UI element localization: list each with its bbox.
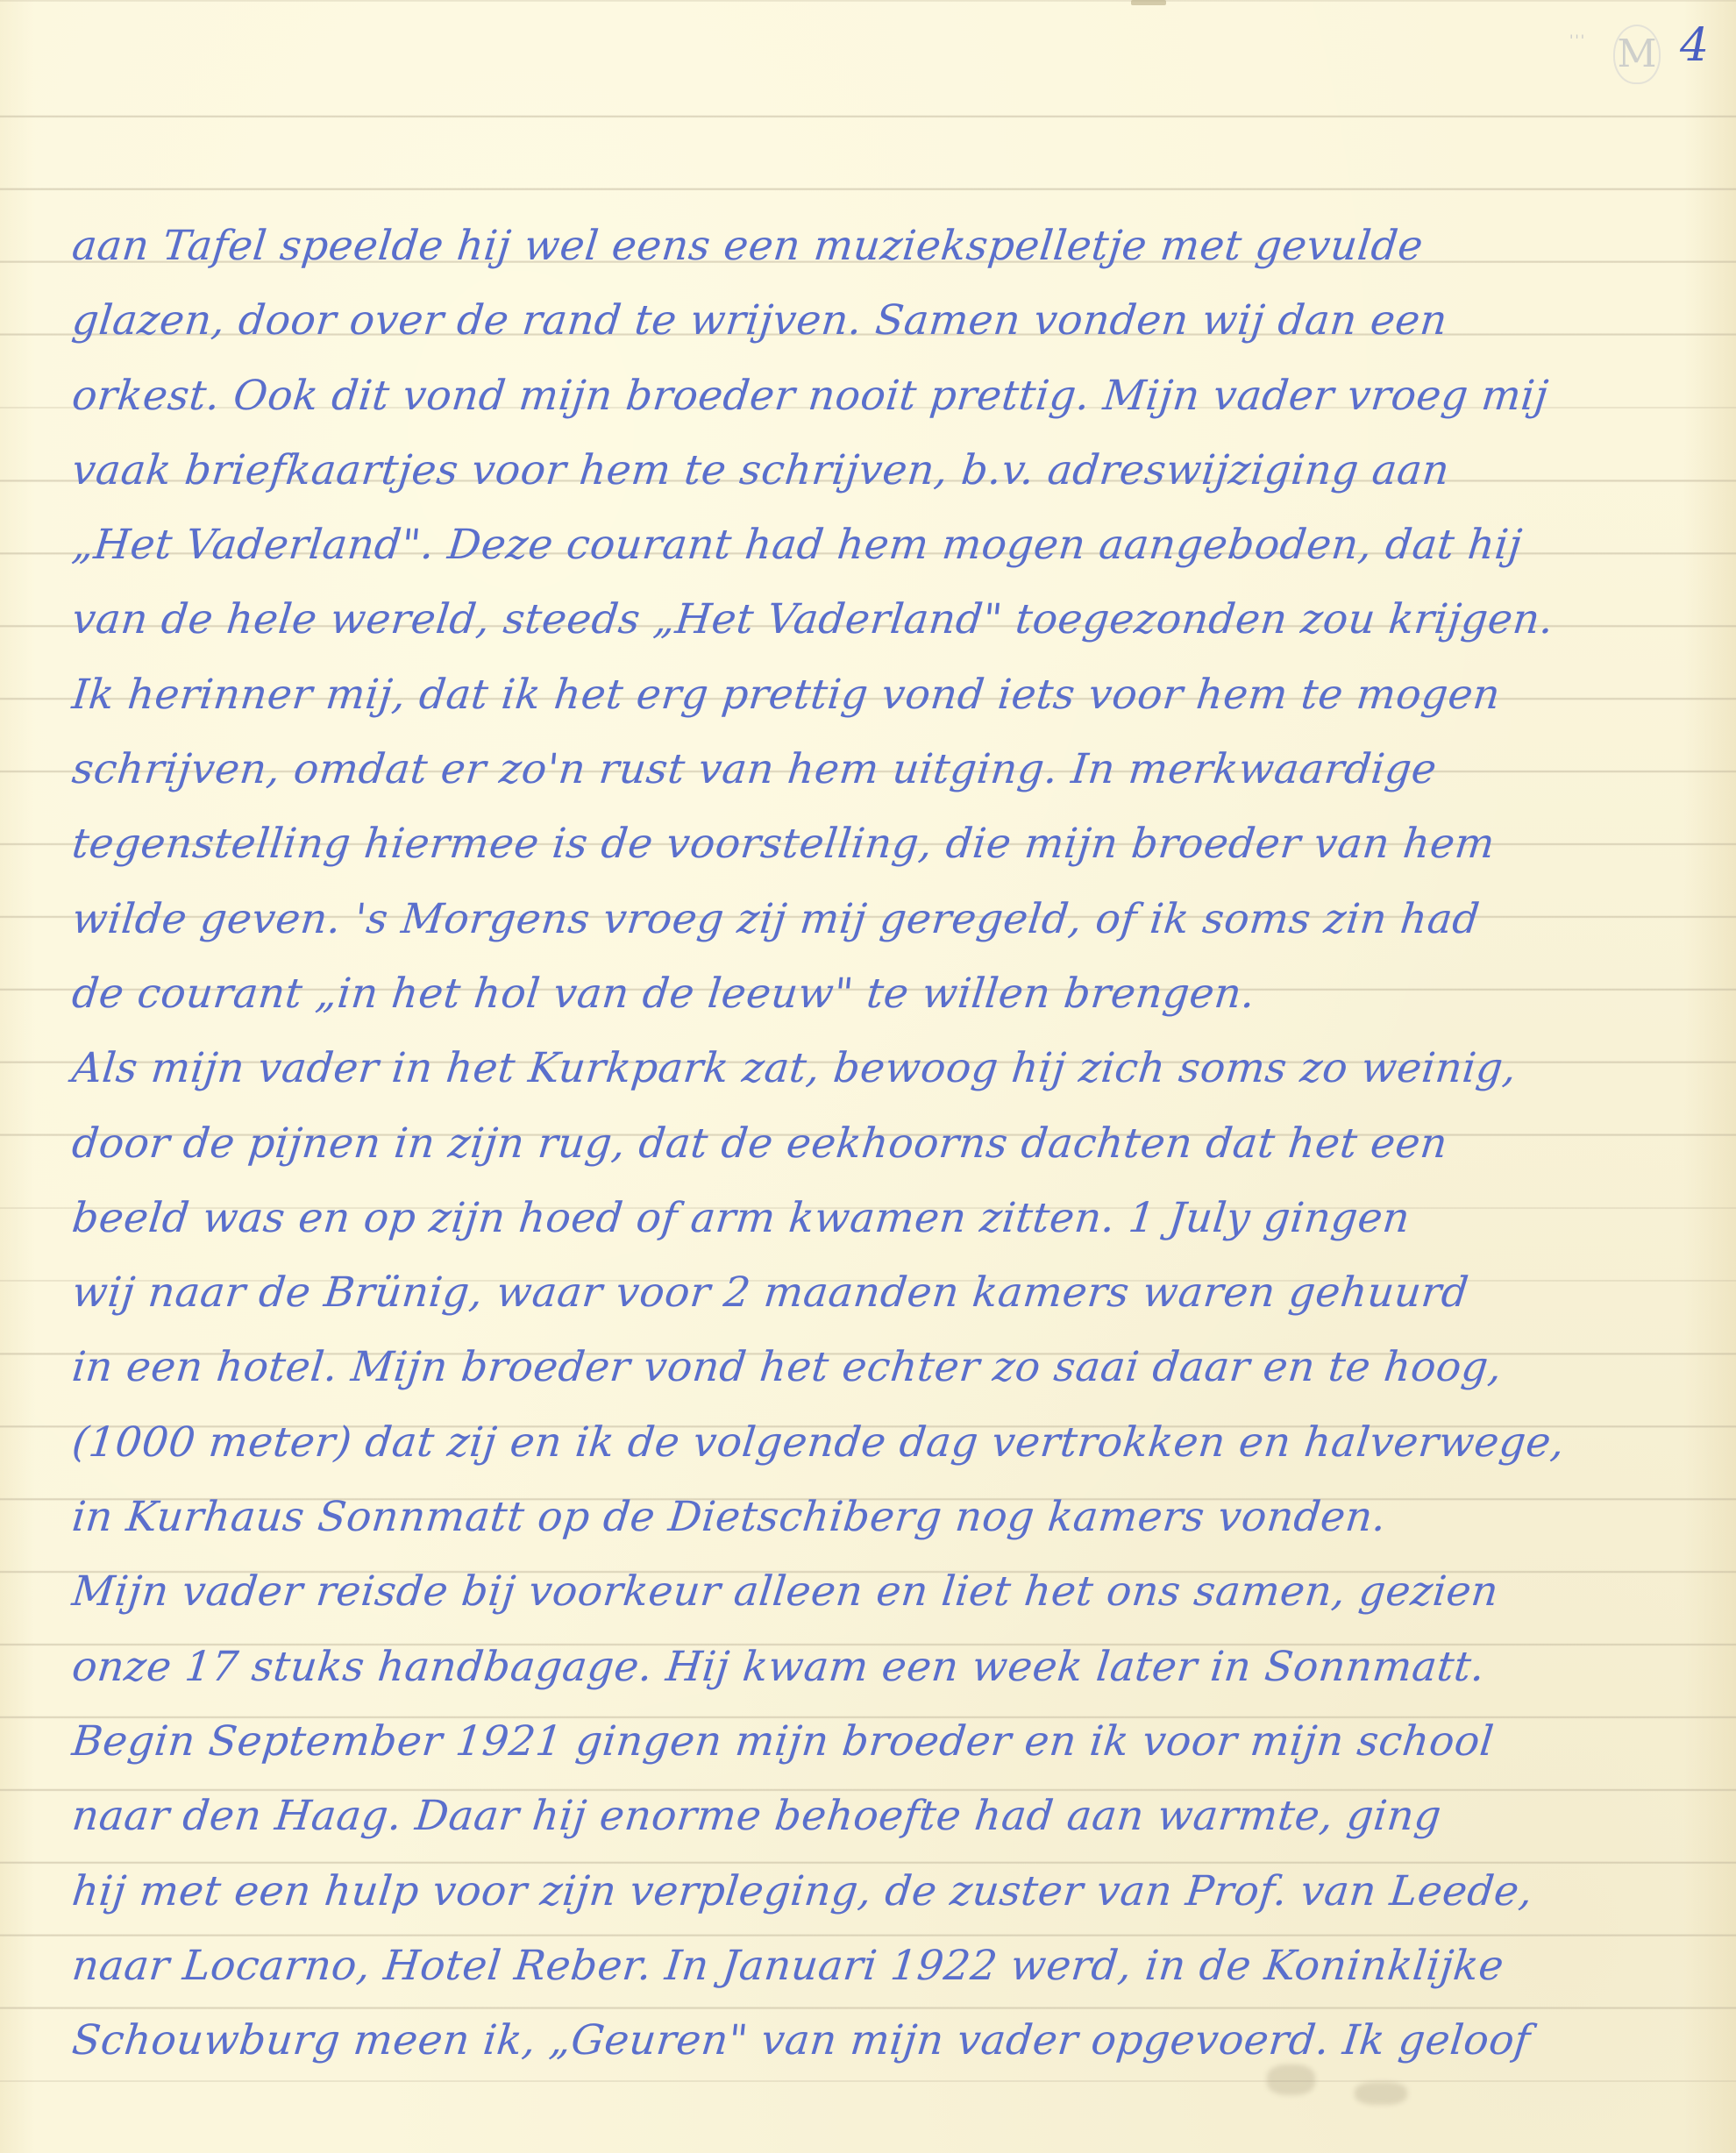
text-line: naar Locarno, Hotel Reber. In Januari 19…	[68, 1929, 1707, 2003]
text-line: Mijn vader reisde bij voorkeur alleen en…	[68, 1554, 1707, 1629]
text-line: door de pijnen in zijn rug, dat de eekho…	[68, 1106, 1707, 1181]
paper-smudge	[1355, 2082, 1407, 2105]
text-line: tegenstelling hiermee is de voorstelling…	[68, 806, 1707, 881]
archive-stamp-marks: '''	[1569, 32, 1586, 48]
text-line: glazen, door over de rand te wrijven. Sa…	[68, 283, 1707, 358]
text-line: orkest. Ook dit vond mijn broeder nooit …	[68, 359, 1707, 433]
top-edge-mark	[1131, 0, 1166, 5]
text-line: Begin September 1921 gingen mijn broeder…	[68, 1704, 1707, 1779]
text-line: Als mijn vader in het Kurkpark zat, bewo…	[68, 1031, 1707, 1105]
text-line: aan Tafel speelde hij wel eens een muzie…	[68, 209, 1707, 283]
text-line: onze 17 stuks handbagage. Hij kwam een w…	[68, 1630, 1707, 1704]
text-line: (1000 meter) dat zij en ik de volgende d…	[68, 1405, 1707, 1480]
text-line: wij naar de Brünig, waar voor 2 maanden …	[68, 1255, 1707, 1330]
text-line: „Het Vaderland". Deze courant had hem mo…	[68, 508, 1707, 582]
text-line: naar den Haag. Daar hij enorme behoefte …	[68, 1779, 1707, 1853]
text-line: schrijven, omdat er zo'n rust van hem ui…	[68, 732, 1707, 806]
text-line: de courant „in het hol van de leeuw" te …	[68, 956, 1707, 1031]
page-number: 4	[1680, 19, 1709, 72]
text-line: beeld was en op zijn hoed of arm kwamen …	[68, 1181, 1707, 1255]
text-line: vaak briefkaartjes voor hem te schrijven…	[68, 433, 1707, 508]
paper-smudge	[1267, 2064, 1315, 2095]
text-line: hij met een hulp voor zijn verpleging, d…	[68, 1854, 1707, 1929]
text-line: van de hele wereld, steeds „Het Vaderlan…	[68, 582, 1707, 657]
text-line: wilde geven. 's Morgens vroeg zij mij ge…	[68, 882, 1707, 956]
archive-stamp: M	[1613, 25, 1661, 84]
text-line: in Kurhaus Sonnmatt op de Dietschiberg n…	[68, 1480, 1707, 1554]
text-line: Schouwburg meen ik, „Geuren" van mijn va…	[68, 2003, 1707, 2078]
handwritten-text: aan Tafel speelde hij wel eens een muzie…	[68, 209, 1699, 2078]
manuscript-page: ''' M 4 aan Tafel speelde hij wel eens e…	[0, 0, 1736, 2153]
text-line: Ik herinner mij, dat ik het erg prettig …	[68, 657, 1707, 732]
text-line: in een hotel. Mijn broeder vond het echt…	[68, 1330, 1707, 1404]
